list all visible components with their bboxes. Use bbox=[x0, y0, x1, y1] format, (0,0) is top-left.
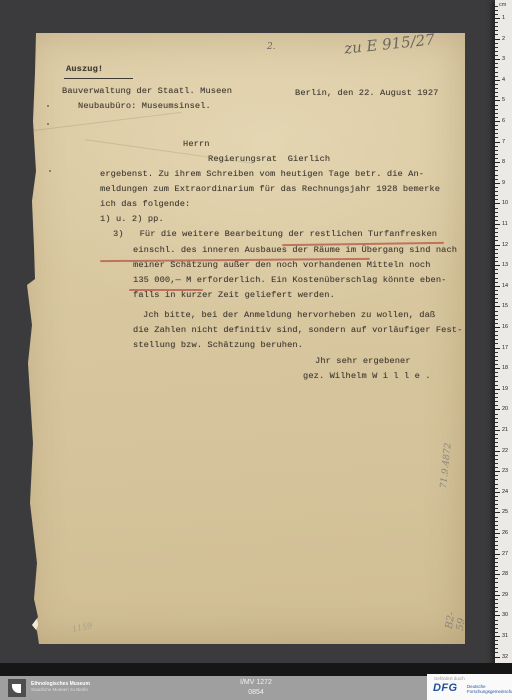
typed-line: falls in kurzer Zeit geliefert werden. bbox=[133, 290, 335, 300]
ruler-number: 6 bbox=[502, 118, 505, 124]
ruler-minor-tick bbox=[495, 109, 498, 110]
ruler-major-tick bbox=[495, 162, 500, 163]
ruler-number: 18 bbox=[502, 365, 508, 371]
ruler-minor-tick bbox=[495, 253, 498, 254]
ruler-minor-tick bbox=[495, 467, 498, 468]
ruler-major-tick bbox=[495, 39, 500, 40]
ruler-unit-label: cm bbox=[499, 2, 506, 8]
ruler-minor-tick bbox=[495, 521, 498, 522]
ruler-minor-tick bbox=[495, 302, 498, 303]
ruler-minor-tick bbox=[495, 587, 498, 588]
excerpt-label: Auszug! bbox=[66, 64, 103, 74]
ruler-minor-tick bbox=[495, 632, 498, 633]
ruler-number: 5 bbox=[502, 97, 505, 103]
ruler-minor-tick bbox=[495, 323, 498, 324]
ruler-minor-tick bbox=[495, 459, 498, 460]
ruler-minor-tick bbox=[495, 240, 498, 241]
ruler-minor-tick bbox=[495, 278, 498, 279]
ruler-minor-tick bbox=[495, 414, 498, 415]
ruler-minor-tick bbox=[495, 105, 498, 106]
ruler-minor-tick bbox=[495, 393, 498, 394]
ruler-number: 22 bbox=[502, 448, 508, 454]
ruler-major-tick bbox=[495, 636, 500, 637]
ruler-minor-tick bbox=[495, 488, 498, 489]
ruler-minor-tick bbox=[495, 405, 498, 406]
ruler-minor-tick bbox=[495, 360, 498, 361]
ruler-minor-tick bbox=[495, 628, 498, 629]
ruler-minor-tick bbox=[495, 88, 498, 89]
ruler-number: 31 bbox=[502, 633, 508, 639]
ruler-major-tick bbox=[495, 512, 500, 513]
ruler-major-tick bbox=[495, 59, 500, 60]
ruler-number: 12 bbox=[502, 242, 508, 248]
ruler-minor-tick bbox=[495, 282, 498, 283]
ruler-minor-tick bbox=[495, 249, 498, 250]
ruler-minor-tick bbox=[495, 537, 498, 538]
ruler-number: 19 bbox=[502, 386, 508, 392]
ruler-minor-tick bbox=[495, 220, 498, 221]
typed-line: meiner Schätzung außer den noch vorhande… bbox=[133, 260, 431, 270]
ruler-major-tick bbox=[495, 409, 500, 410]
ruler-minor-tick bbox=[495, 578, 498, 579]
ruler-minor-tick bbox=[495, 67, 498, 68]
ruler-number: 29 bbox=[502, 592, 508, 598]
ruler-minor-tick bbox=[495, 170, 498, 171]
ruler-major-tick bbox=[495, 451, 500, 452]
ruler-minor-tick bbox=[495, 34, 498, 35]
ruler-minor-tick bbox=[495, 208, 498, 209]
ruler-number: 24 bbox=[502, 489, 508, 495]
ruler-minor-tick bbox=[495, 319, 498, 320]
ruler-number: 20 bbox=[502, 406, 508, 412]
ruler-minor-tick bbox=[495, 315, 498, 316]
ruler-minor-tick bbox=[495, 269, 498, 270]
ruler-major-tick bbox=[495, 203, 500, 204]
ruler-minor-tick bbox=[495, 146, 498, 147]
ruler-minor-tick bbox=[495, 434, 498, 435]
ruler-minor-tick bbox=[495, 228, 498, 229]
torn-edge-notch bbox=[30, 618, 38, 630]
typed-line: 135 000,— M erforderlich. Ein Kostenüber… bbox=[133, 275, 447, 285]
ruler-number: 7 bbox=[502, 139, 505, 145]
ruler-number: 8 bbox=[502, 159, 505, 165]
typed-line: einschl. des inneren Ausbaues der Räume … bbox=[133, 245, 457, 255]
ruler-major-tick bbox=[495, 327, 500, 328]
ruler-minor-tick bbox=[495, 496, 498, 497]
ruler-minor-tick bbox=[495, 603, 498, 604]
typed-line: Jch bitte, bei der Anmeldung hervorheben… bbox=[143, 310, 435, 320]
ruler-number: 26 bbox=[502, 530, 508, 536]
handwritten-corner-scribble: 1159 bbox=[71, 621, 93, 634]
ruler-minor-tick bbox=[495, 620, 498, 621]
ruler-minor-tick bbox=[495, 199, 498, 200]
ruler-number: 14 bbox=[502, 283, 508, 289]
ruler-minor-tick bbox=[495, 446, 498, 447]
ruler-minor-tick bbox=[495, 549, 498, 550]
ruler-minor-tick bbox=[495, 562, 498, 563]
ruler-minor-tick bbox=[495, 179, 498, 180]
ruler-minor-tick bbox=[495, 125, 498, 126]
red-underline-amount bbox=[129, 289, 203, 291]
ruler-minor-tick bbox=[495, 257, 498, 258]
scanned-letter-page: Auszug! Bauverwaltung der Staatl. Museen… bbox=[24, 33, 465, 644]
typed-line: gez. Wilhelm W i l l e . bbox=[303, 371, 431, 381]
ruler-minor-tick bbox=[495, 438, 498, 439]
ruler-minor-tick bbox=[495, 331, 498, 332]
ruler-minor-tick bbox=[495, 92, 498, 93]
ruler-minor-tick bbox=[495, 599, 498, 600]
ruler-major-tick bbox=[495, 286, 500, 287]
ruler-minor-tick bbox=[495, 273, 498, 274]
paper-crease bbox=[85, 139, 253, 164]
ruler-minor-tick bbox=[495, 261, 498, 262]
ruler-minor-tick bbox=[495, 137, 498, 138]
ruler-minor-tick bbox=[495, 232, 498, 233]
dfg-name: Deutsche Forschungsgemeinschaft bbox=[467, 684, 512, 694]
ruler-minor-tick bbox=[495, 385, 498, 386]
ruler-major-tick bbox=[495, 471, 500, 472]
ruler-major-tick bbox=[495, 224, 500, 225]
ruler-minor-tick bbox=[495, 652, 498, 653]
handwritten-margin-note-bottom: B2-59 bbox=[444, 607, 469, 631]
ruler-minor-tick bbox=[495, 129, 498, 130]
ruler-minor-tick bbox=[495, 418, 498, 419]
ruler-minor-tick bbox=[495, 648, 498, 649]
handwritten-file-ref: zu E 915/27 bbox=[343, 30, 435, 57]
ruler-minor-tick bbox=[495, 541, 498, 542]
paper-crease bbox=[32, 112, 181, 131]
ruler-minor-tick bbox=[495, 191, 498, 192]
ruler-minor-tick bbox=[495, 455, 498, 456]
ruler-minor-tick bbox=[495, 484, 498, 485]
ruler-number: 4 bbox=[502, 77, 505, 83]
ruler-number: 3 bbox=[502, 56, 505, 62]
ruler-minor-tick bbox=[495, 607, 498, 608]
ruler-minor-tick bbox=[495, 63, 498, 64]
typed-line: ergebenst. Zu ihrem Schreiben vom heutig… bbox=[100, 169, 424, 179]
ruler-minor-tick bbox=[495, 113, 498, 114]
ruler-minor-tick bbox=[495, 582, 498, 583]
ruler-major-tick bbox=[495, 348, 500, 349]
ruler-major-tick bbox=[495, 80, 500, 81]
ruler-major-tick bbox=[495, 389, 500, 390]
ruler-minor-tick bbox=[495, 529, 498, 530]
ruler-minor-tick bbox=[495, 150, 498, 151]
typed-line: meldungen zum Extraordinarium für das Re… bbox=[100, 184, 440, 194]
ruler-minor-tick bbox=[495, 558, 498, 559]
ruler-minor-tick bbox=[495, 14, 498, 15]
ruler-minor-tick bbox=[495, 611, 498, 612]
ruler-number: 30 bbox=[502, 612, 508, 618]
ruler-major-tick bbox=[495, 18, 500, 19]
ruler-minor-tick bbox=[495, 96, 498, 97]
ruler-minor-tick bbox=[495, 133, 498, 134]
ruler-minor-tick bbox=[495, 624, 498, 625]
typed-line: ich das folgende: bbox=[100, 199, 190, 209]
ruler-minor-tick bbox=[495, 311, 498, 312]
archive-scan-viewer: Auszug! Bauverwaltung der Staatl. Museen… bbox=[0, 0, 512, 700]
ruler-minor-tick bbox=[495, 364, 498, 365]
ruler-number: 11 bbox=[502, 221, 508, 227]
ruler-minor-tick bbox=[495, 72, 498, 73]
ink-speck bbox=[47, 105, 49, 107]
ruler-minor-tick bbox=[495, 463, 498, 464]
typed-line: die Zahlen nicht definitiv sind, sondern… bbox=[133, 325, 462, 335]
ink-speck bbox=[47, 123, 49, 125]
ruler-minor-tick bbox=[495, 525, 498, 526]
ruler-minor-tick bbox=[495, 216, 498, 217]
ruler-minor-tick bbox=[495, 154, 498, 155]
ruler-minor-tick bbox=[495, 30, 498, 31]
typed-line: Jhr sehr ergebener bbox=[315, 356, 411, 366]
ruler-minor-tick bbox=[495, 352, 498, 353]
cm-ruler: cm 1234567891011121314151617181920212223… bbox=[495, 0, 512, 676]
ruler-minor-tick bbox=[495, 517, 498, 518]
ruler-number: 15 bbox=[502, 303, 508, 309]
ruler-minor-tick bbox=[495, 158, 498, 159]
ruler-minor-tick bbox=[495, 47, 498, 48]
ruler-number: 9 bbox=[502, 180, 505, 186]
ruler-number: 17 bbox=[502, 345, 508, 351]
ruler-minor-tick bbox=[495, 644, 498, 645]
dfg-logo: Gefördert durch DFG Deutsche Forschungsg… bbox=[427, 674, 512, 700]
ruler-major-tick bbox=[495, 595, 500, 596]
typed-line: 1) u. 2) pp. bbox=[100, 214, 164, 224]
ruler-major-tick bbox=[495, 245, 500, 246]
ruler-minor-tick bbox=[495, 381, 498, 382]
ruler-minor-tick bbox=[495, 212, 498, 213]
ruler-minor-tick bbox=[495, 343, 498, 344]
org-line-1: Bauverwaltung der Staatl. Museen bbox=[62, 86, 232, 96]
ruler-minor-tick bbox=[495, 500, 498, 501]
typed-line: Herrn bbox=[183, 139, 210, 149]
ruler-minor-tick bbox=[495, 566, 498, 567]
ruler-number: 1 bbox=[502, 15, 505, 21]
ruler-major-tick bbox=[495, 265, 500, 266]
ruler-major-tick bbox=[495, 574, 500, 575]
ruler-minor-tick bbox=[495, 51, 498, 52]
ruler-minor-tick bbox=[495, 422, 498, 423]
ruler-minor-tick bbox=[495, 175, 498, 176]
ruler-minor-tick bbox=[495, 442, 498, 443]
ruler-minor-tick bbox=[495, 84, 498, 85]
ruler-number: 10 bbox=[502, 200, 508, 206]
ruler-number: 21 bbox=[502, 427, 508, 433]
ruler-number: 23 bbox=[502, 468, 508, 474]
handwritten-margin-note-right: 71.9.4872 bbox=[439, 442, 454, 489]
dateline: Berlin, den 22. August 1927 bbox=[295, 88, 438, 98]
ruler-minor-tick bbox=[495, 339, 498, 340]
ruler-minor-tick bbox=[495, 43, 498, 44]
ruler-minor-tick bbox=[495, 294, 498, 295]
ruler-number: 27 bbox=[502, 551, 508, 557]
ruler-minor-tick bbox=[495, 335, 498, 336]
ruler-major-tick bbox=[495, 142, 500, 143]
handwritten-page-note: 2. bbox=[267, 42, 276, 52]
ruler-number: 16 bbox=[502, 324, 508, 330]
ruler-minor-tick bbox=[495, 166, 498, 167]
ink-speck bbox=[49, 170, 51, 172]
ruler-minor-tick bbox=[495, 401, 498, 402]
ruler-minor-tick bbox=[495, 26, 498, 27]
ruler-minor-tick bbox=[495, 640, 498, 641]
ruler-minor-tick bbox=[495, 397, 498, 398]
ruler-number: 25 bbox=[502, 509, 508, 515]
ruler-minor-tick bbox=[495, 570, 498, 571]
ruler-major-tick bbox=[495, 533, 500, 534]
ruler-minor-tick bbox=[495, 290, 498, 291]
typed-line: 3) Für die weitere Bearbeitung der restl… bbox=[113, 229, 437, 239]
funding-label: Gefördert durch bbox=[434, 676, 465, 681]
ruler-number: 2 bbox=[502, 36, 505, 42]
ruler-minor-tick bbox=[495, 372, 498, 373]
ruler-minor-tick bbox=[495, 475, 498, 476]
ruler-number: 13 bbox=[502, 262, 508, 268]
ruler-minor-tick bbox=[495, 591, 498, 592]
excerpt-underline bbox=[64, 78, 133, 79]
ruler-major-tick bbox=[495, 492, 500, 493]
ruler-minor-tick bbox=[495, 356, 498, 357]
ruler-minor-tick bbox=[495, 236, 498, 237]
org-line-2: Neubaubüro: Museumsinsel. bbox=[78, 101, 211, 111]
dfg-abbr: DFG bbox=[433, 682, 457, 694]
ruler-major-tick bbox=[495, 368, 500, 369]
ruler-number: 32 bbox=[502, 654, 508, 660]
ruler-major-tick bbox=[495, 615, 500, 616]
ruler-minor-tick bbox=[495, 426, 498, 427]
ruler-number: 28 bbox=[502, 571, 508, 577]
ruler-minor-tick bbox=[495, 22, 498, 23]
ruler-major-tick bbox=[495, 306, 500, 307]
ruler-minor-tick bbox=[495, 479, 498, 480]
ruler-major-tick bbox=[495, 657, 500, 658]
ruler-minor-tick bbox=[495, 504, 498, 505]
ruler-major-tick bbox=[495, 121, 500, 122]
ruler-minor-tick bbox=[495, 298, 498, 299]
ruler-major-tick bbox=[495, 183, 500, 184]
ruler-minor-tick bbox=[495, 55, 498, 56]
ruler-minor-tick bbox=[495, 76, 498, 77]
ruler-major-tick bbox=[495, 430, 500, 431]
ruler-minor-tick bbox=[495, 195, 498, 196]
ruler-minor-tick bbox=[495, 187, 498, 188]
typed-line: stellung bzw. Schätzung beruhen. bbox=[133, 340, 303, 350]
ruler-major-tick bbox=[495, 554, 500, 555]
ruler-major-tick bbox=[495, 100, 500, 101]
ruler-minor-tick bbox=[495, 545, 498, 546]
ruler-minor-tick bbox=[495, 376, 498, 377]
ruler-minor-tick bbox=[495, 508, 498, 509]
ruler-minor-tick bbox=[495, 6, 498, 7]
ruler-minor-tick bbox=[495, 117, 498, 118]
ruler-minor-tick bbox=[495, 10, 498, 11]
